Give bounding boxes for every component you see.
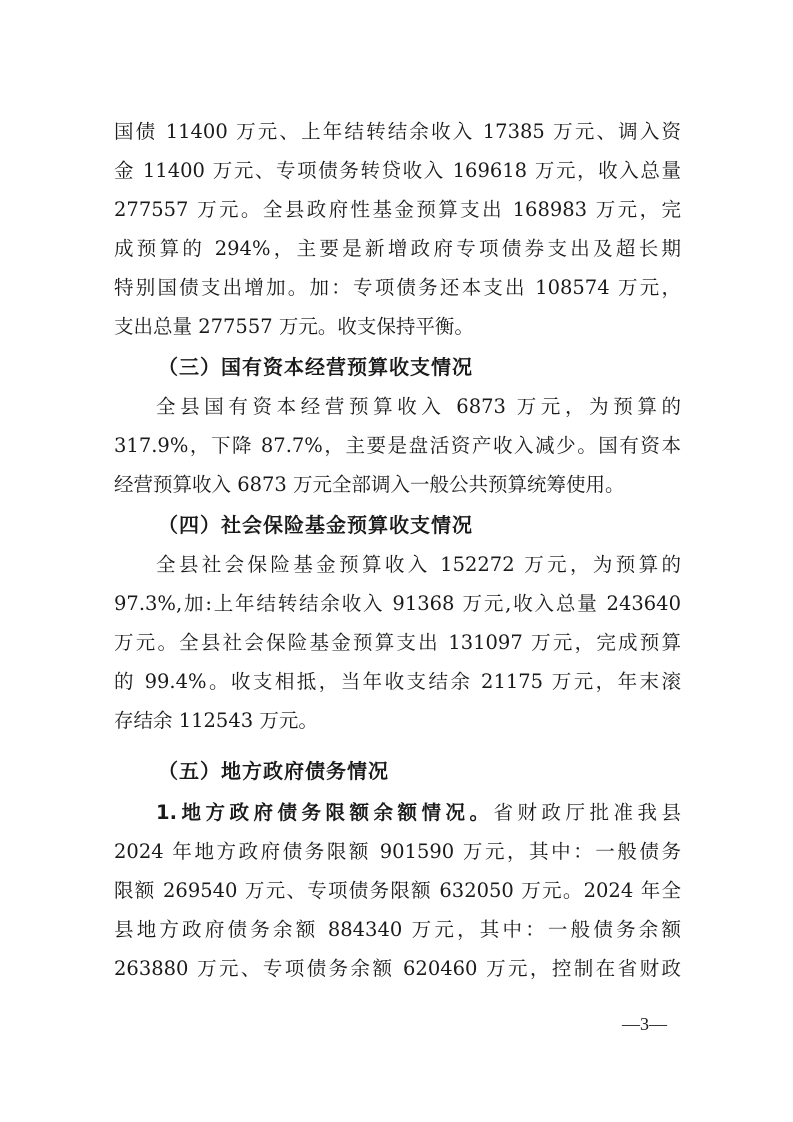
paragraph-line: 277557 万元。全县政府性基金预算支出 168983 万元，完 bbox=[114, 195, 681, 225]
paragraph-line: 国债 11400 万元、上年结转结余收入 17385 万元、调入资 bbox=[114, 117, 681, 147]
document-page: 国债 11400 万元、上年结转结余收入 17385 万元、调入资 金 1140… bbox=[0, 0, 793, 1122]
paragraph-line: 2024 年地方政府债务限额 901590 万元，其中：一般债务 bbox=[114, 837, 681, 867]
paragraph-line: 支出总量 277557 万元。收支保持平衡。 bbox=[114, 312, 681, 342]
paragraph-text: 省财政厅批准我县 bbox=[493, 801, 681, 824]
paragraph-line: 存结余 112543 万元。 bbox=[114, 706, 681, 736]
paragraph-line: 263880 万元、专项债务余额 620460 万元，控制在省财政 bbox=[114, 954, 681, 984]
paragraph-line: 经营预算收入 6873 万元全部调入一般公共预算统筹使用。 bbox=[114, 470, 681, 500]
paragraph-line: 成预算的 294%，主要是新增政府专项债券支出及超长期 bbox=[114, 234, 681, 264]
paragraph-line: 特别国债支出增加。加：专项债务还本支出 108574 万元， bbox=[114, 273, 681, 303]
paragraph-line: 县地方政府债务余额 884340 万元，其中：一般债务余额 bbox=[114, 915, 681, 945]
paragraph-line: 的 99.4%。收支相抵，当年收支结余 21175 万元，年末滚 bbox=[114, 667, 681, 697]
section-heading-state-capital: （三）国有资本经营预算收支情况 bbox=[158, 352, 473, 382]
section-heading-local-debt: （五）地方政府债务情况 bbox=[158, 756, 389, 786]
paragraph-line: 万元。全县社会保险基金预算支出 131097 万元，完成预算 bbox=[114, 628, 681, 658]
subsection-lead-debt-limit: 1.地方政府债务限额余额情况。 bbox=[156, 801, 493, 824]
paragraph-line: 97.3%,加:上年结转结余收入 91368 万元,收入总量 243640 bbox=[114, 589, 681, 619]
paragraph-line: 全县国有资本经营预算收入 6873 万元，为预算的 bbox=[156, 392, 681, 422]
paragraph-line: 限额 269540 万元、专项债务限额 632050 万元。2024 年全 bbox=[114, 876, 681, 906]
page-number: —3— bbox=[622, 1012, 667, 1036]
paragraph-line: 317.9%，下降 87.7%，主要是盘活资产收入减少。国有资本 bbox=[114, 431, 681, 461]
paragraph-line: 金 11400 万元、专项债务转贷收入 169618 万元，收入总量 bbox=[114, 156, 681, 186]
section-heading-social-insurance: （四）社会保险基金预算收支情况 bbox=[158, 510, 473, 540]
paragraph-line: 全县社会保险基金预算收入 152272 万元，为预算的 bbox=[156, 550, 681, 580]
paragraph-line-with-lead: 1.地方政府债务限额余额情况。省财政厅批准我县 bbox=[156, 798, 681, 828]
